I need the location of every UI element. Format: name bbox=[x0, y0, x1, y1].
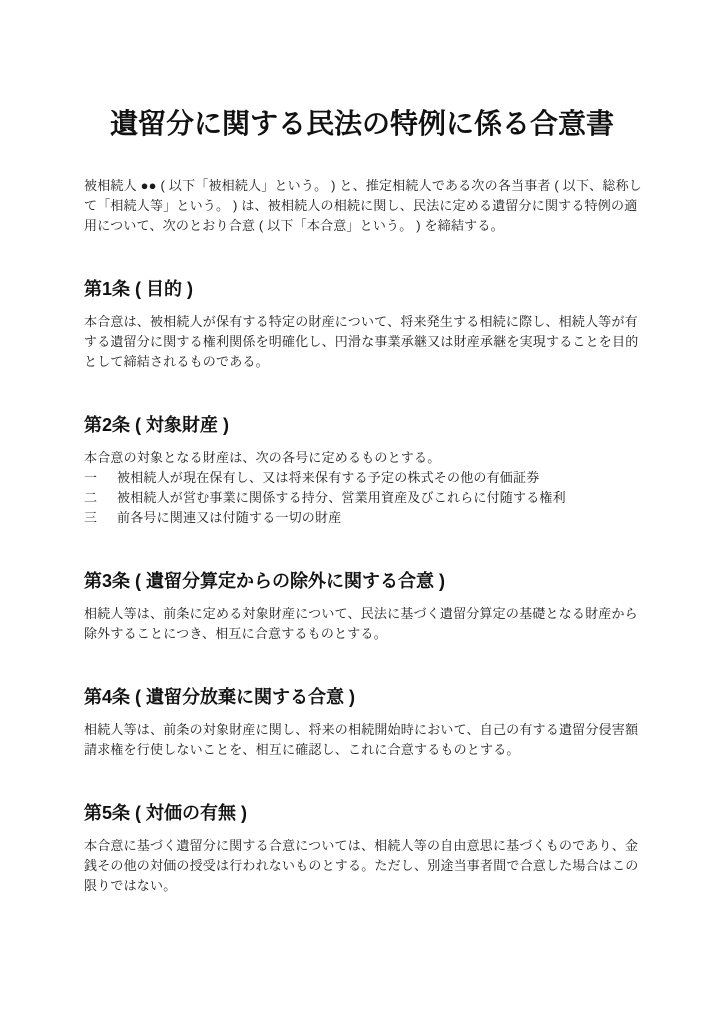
item-1-text: 被相続人が現在保有し、又は将来保有する予定の株式その他の有価証券 bbox=[117, 468, 644, 488]
item-2-text: 被相続人が営む事業に関係する持分、営業用資産及びこれらに付随する権利 bbox=[117, 488, 644, 508]
enumerated-item-2: 二 被相続人が営む事業に関係する持分、営業用資産及びこれらに付随する権利 bbox=[84, 488, 644, 508]
enumerated-item-3: 三 前各号に関連又は付随する一切の財産 bbox=[84, 508, 644, 528]
article-1-body: 本合意は、被相続人が保有する特定の財産について、将来発生する相続に際し、相続人等… bbox=[84, 312, 644, 372]
article-5-body: 本合意に基づく遺留分に関する合意については、相続人等の自由意思に基づくものであり… bbox=[84, 836, 644, 896]
enumerated-item-1: 一 被相続人が現在保有し、又は将来保有する予定の株式その他の有価証券 bbox=[84, 468, 644, 488]
article-2-subject-property: 第2条 ( 対象財産 ) 本合意の対象となる財産は、次の各号に定めるものとする。… bbox=[84, 412, 644, 528]
article-3-body: 相続人等は、前条に定める対象財産について、民法に基づく遺留分算定の基礎となる財産… bbox=[84, 604, 644, 644]
article-5-consideration: 第5条 ( 対価の有無 ) 本合意に基づく遺留分に関する合意については、相続人等… bbox=[84, 800, 644, 896]
article-2-heading: 第2条 ( 対象財産 ) bbox=[84, 412, 644, 438]
agreement-document-page: 遺留分に関する民法の特例に係る合意書 被相続人 ●● ( 以下「被相続人」という… bbox=[0, 0, 724, 1024]
article-3-exclusion-agreement: 第3条 ( 遺留分算定からの除外に関する合意 ) 相続人等は、前条に定める対象財… bbox=[84, 568, 644, 644]
item-2-marker: 二 bbox=[84, 488, 117, 508]
item-1-marker: 一 bbox=[84, 468, 117, 488]
article-5-heading: 第5条 ( 対価の有無 ) bbox=[84, 800, 644, 826]
article-4-waiver-agreement: 第4条 ( 遺留分放棄に関する合意 ) 相続人等は、前条の対象財産に関し、将来の… bbox=[84, 684, 644, 760]
article-2-body: 本合意の対象となる財産は、次の各号に定めるものとする。 bbox=[84, 448, 644, 468]
article-3-heading: 第3条 ( 遺留分算定からの除外に関する合意 ) bbox=[84, 568, 644, 594]
article-1-heading: 第1条 ( 目的 ) bbox=[84, 276, 644, 302]
item-3-text: 前各号に関連又は付随する一切の財産 bbox=[117, 508, 644, 528]
document-title: 遺留分に関する民法の特例に係る合意書 bbox=[80, 104, 644, 144]
article-4-body: 相続人等は、前条の対象財産に関し、将来の相続開始時において、自己の有する遺留分侵… bbox=[84, 720, 644, 760]
preamble-paragraph: 被相続人 ●● ( 以下「被相続人」という。 ) と、推定相続人である次の各当事… bbox=[84, 176, 644, 236]
article-1-purpose: 第1条 ( 目的 ) 本合意は、被相続人が保有する特定の財産について、将来発生す… bbox=[84, 276, 644, 372]
item-3-marker: 三 bbox=[84, 508, 117, 528]
article-4-heading: 第4条 ( 遺留分放棄に関する合意 ) bbox=[84, 684, 644, 710]
